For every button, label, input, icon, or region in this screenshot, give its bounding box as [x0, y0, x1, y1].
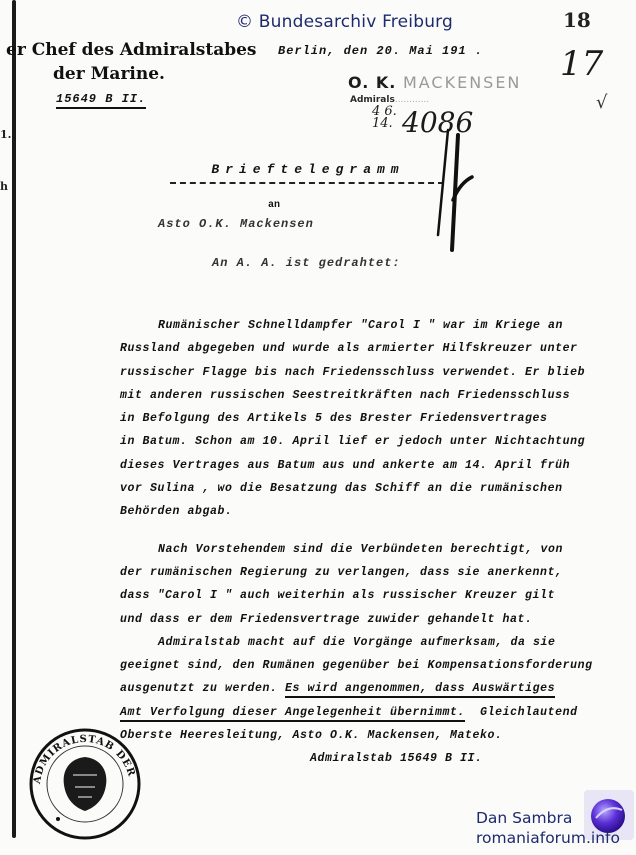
stamp-faded-text: MACKENSEN	[403, 73, 521, 92]
site-link: romaniaforum.info	[476, 828, 620, 848]
document-title: Brieftelegramm	[172, 162, 444, 177]
margin-fragment: h	[0, 180, 8, 193]
stamp-prefix: O. K.	[348, 73, 396, 92]
underlined-passage: Es wird angenommen, dass Auswärtiges	[285, 682, 555, 698]
body-line: Behörden abgab.	[120, 500, 590, 523]
body-line: Amt Verfolgung dieser Angelegenheit über…	[120, 701, 590, 724]
check-mark-icon: √	[596, 92, 607, 113]
body-text: ausgenutzt zu werden.	[120, 682, 278, 695]
wired-note: An A. A. ist gedrahtet:	[212, 256, 401, 270]
body-line: mit anderen russischen Seestreitkräften …	[120, 384, 590, 407]
underlined-passage: Amt Verfolgung dieser Angelegenheit über…	[120, 706, 465, 722]
body-text: Gleichlautend	[480, 706, 578, 719]
stamp-admiral-faded: ............	[395, 95, 429, 105]
letterhead-line-2: der Marine.	[14, 62, 204, 86]
body-line: Russland abgegeben und wurde als armiert…	[120, 337, 590, 360]
body-line: in Befolgung des Artikels 5 des Brester …	[120, 407, 590, 430]
reference-number: 15649 B II.	[56, 92, 146, 109]
letterhead: er Chef des Admiralstabes der Marine.	[14, 38, 204, 86]
body-line: dass "Carol I " auch weiterhin als russi…	[120, 584, 590, 607]
date-line: Berlin, den 20. Mai 191 .	[278, 44, 483, 58]
binding-line	[12, 0, 16, 838]
closing-reference: Admiralstab 15649 B II.	[120, 747, 590, 770]
handwritten-page-number: 17	[560, 44, 603, 84]
margin-fragment: 1.	[0, 128, 11, 141]
recipient: Asto O.K. Mackensen	[158, 217, 314, 231]
body-line: russischer Flagge bis nach Friedensschlu…	[120, 361, 590, 384]
body-line: Nach Vorstehendem sind die Verbündeten b…	[120, 538, 590, 561]
body-line: und dass er dem Friedensvertrage zuwider…	[120, 608, 590, 631]
author-name: Dan Sambra	[476, 808, 620, 828]
body-line: in Batum. Schon am 10. April lief er jed…	[120, 430, 590, 453]
imperial-eagle-seal-icon: ADMIRALSTAB DER MARINE	[28, 727, 142, 841]
letterhead-line-1: er Chef des Admiralstabes	[6, 38, 204, 62]
body-line: geeignet sind, den Rumänen gegenüber bei…	[120, 654, 590, 677]
folio-number: 18	[563, 8, 591, 32]
document-body: Rumänischer Schnelldampfer "Carol I " wa…	[120, 314, 590, 771]
body-line: Oberste Heeresleitung, Asto O.K. Mackens…	[120, 724, 590, 747]
ok-mackensen-stamp: O. K. MACKENSEN	[348, 73, 521, 92]
body-line: ausgenutzt zu werden. Es wird angenommen…	[120, 677, 590, 700]
journal-small-notes: 4 6. 14.	[372, 106, 402, 130]
pen-strokes-icon	[430, 125, 490, 255]
body-line: der rumänischen Regierung zu verlangen, …	[120, 561, 590, 584]
body-line: Admiralstab macht auf die Vorgänge aufme…	[120, 631, 590, 654]
body-line: dieses Vertrages aus Batum aus und anker…	[120, 454, 590, 477]
author-watermark: Dan Sambra romaniaforum.info	[476, 808, 620, 848]
body-line: vor Sulina , wo die Besatzung das Schiff…	[120, 477, 590, 500]
an-label: an	[268, 200, 280, 211]
scanned-document-page: 1. h © Bundesarchiv Freiburg 18 17 √ er …	[0, 0, 636, 855]
title-underline	[170, 182, 444, 184]
archive-credit-watermark: © Bundesarchiv Freiburg	[236, 12, 453, 32]
body-line: Rumänischer Schnelldampfer "Carol I " wa…	[120, 314, 590, 337]
